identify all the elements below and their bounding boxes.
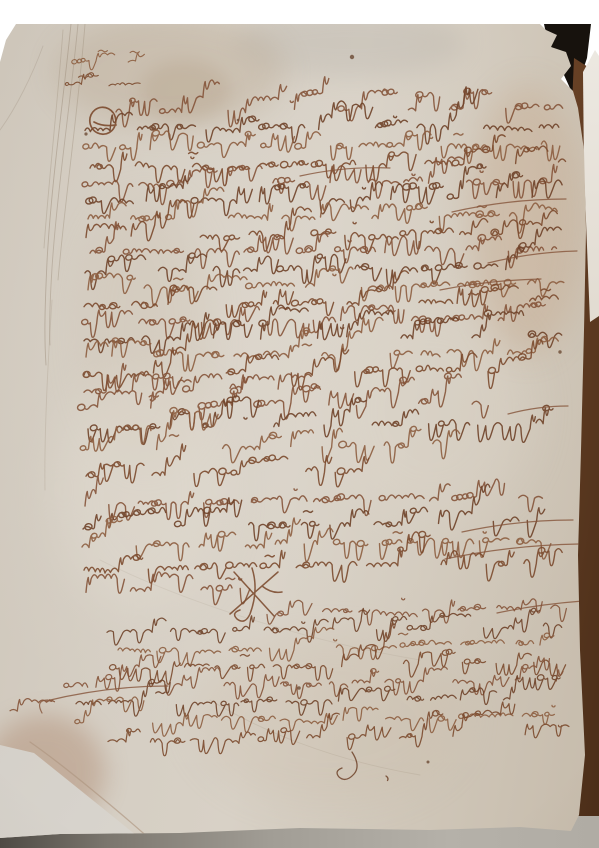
script-line <box>75 697 555 736</box>
script-line <box>82 157 557 205</box>
notarial-rubric <box>230 568 282 621</box>
flourish-arc <box>462 520 573 532</box>
script-line <box>90 222 557 269</box>
flourish-arc <box>40 686 168 713</box>
tail-flourish <box>337 752 388 781</box>
script-line <box>83 484 545 540</box>
script-line <box>86 444 369 487</box>
ink-speck <box>84 132 87 135</box>
flourish-arc <box>508 406 568 414</box>
flourish-arc <box>488 251 577 263</box>
crease-line <box>30 742 160 848</box>
manuscript-page <box>0 0 599 848</box>
script-line <box>86 572 250 605</box>
ink-speck <box>297 686 301 690</box>
ink-speck <box>350 55 354 59</box>
script-line <box>84 531 562 582</box>
manuscript-photo <box>0 0 599 848</box>
ink-speck <box>558 350 561 353</box>
crease-line <box>210 700 420 775</box>
crease-line <box>45 300 52 490</box>
flourish-arc <box>452 199 566 212</box>
ink-speck <box>237 119 240 122</box>
crease-line <box>50 24 78 345</box>
ink-speck <box>427 761 430 764</box>
script-line <box>84 305 562 355</box>
script-line <box>107 608 562 645</box>
script-line <box>118 627 554 665</box>
script-line <box>85 227 561 289</box>
script-line <box>65 73 140 86</box>
script-line <box>64 655 563 699</box>
crease-line <box>0 46 43 130</box>
handwriting-layer <box>0 0 599 848</box>
crease-line <box>44 30 63 248</box>
script-line <box>84 364 320 394</box>
script-line <box>90 135 566 186</box>
